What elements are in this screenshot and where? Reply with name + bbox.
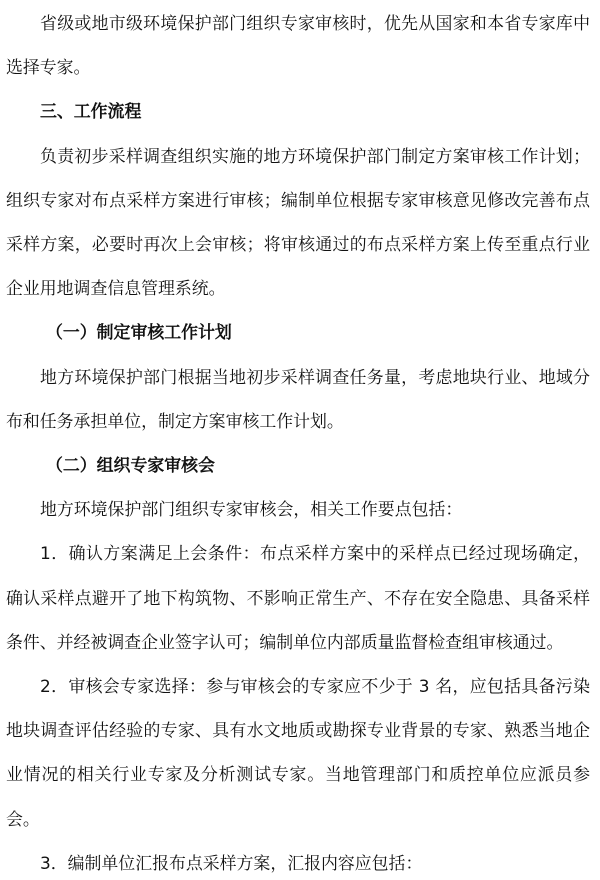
paragraph-review-plan: 地方环境保护部门根据当地初步采样调查任务量，考虑地块行业、地域分布和任务承担单位… <box>6 355 590 443</box>
document-page: 省级或地市级环境保护部门组织专家审核时，优先从国家和本省专家库中选择专家。 三、… <box>6 0 590 880</box>
section-heading-workflow: 三、工作流程 <box>6 89 590 133</box>
subheading-review-plan: （一）制定审核工作计划 <box>6 310 590 354</box>
subheading-expert-meeting: （二）组织专家审核会 <box>6 443 590 487</box>
list-item-expert-selection: 2．审核会专家选择：参与审核会的专家应不少于 3 名，应包括具备污染地块调查评估… <box>6 664 590 841</box>
list-item-meeting-conditions: 1．确认方案满足上会条件：布点采样方案中的采样点已经过现场确定，确认采样点避开了… <box>6 531 590 664</box>
paragraph-workflow-overview: 负责初步采样调查组织实施的地方环境保护部门制定方案审核工作计划；组织专家对布点采… <box>6 134 590 311</box>
paragraph-meeting-intro: 地方环境保护部门组织专家审核会，相关工作要点包括： <box>6 487 590 531</box>
list-item-report-contents: 3．编制单位汇报布点采样方案，汇报内容应包括： <box>6 841 590 880</box>
paragraph-expert-selection: 省级或地市级环境保护部门组织专家审核时，优先从国家和本省专家库中选择专家。 <box>6 1 590 89</box>
